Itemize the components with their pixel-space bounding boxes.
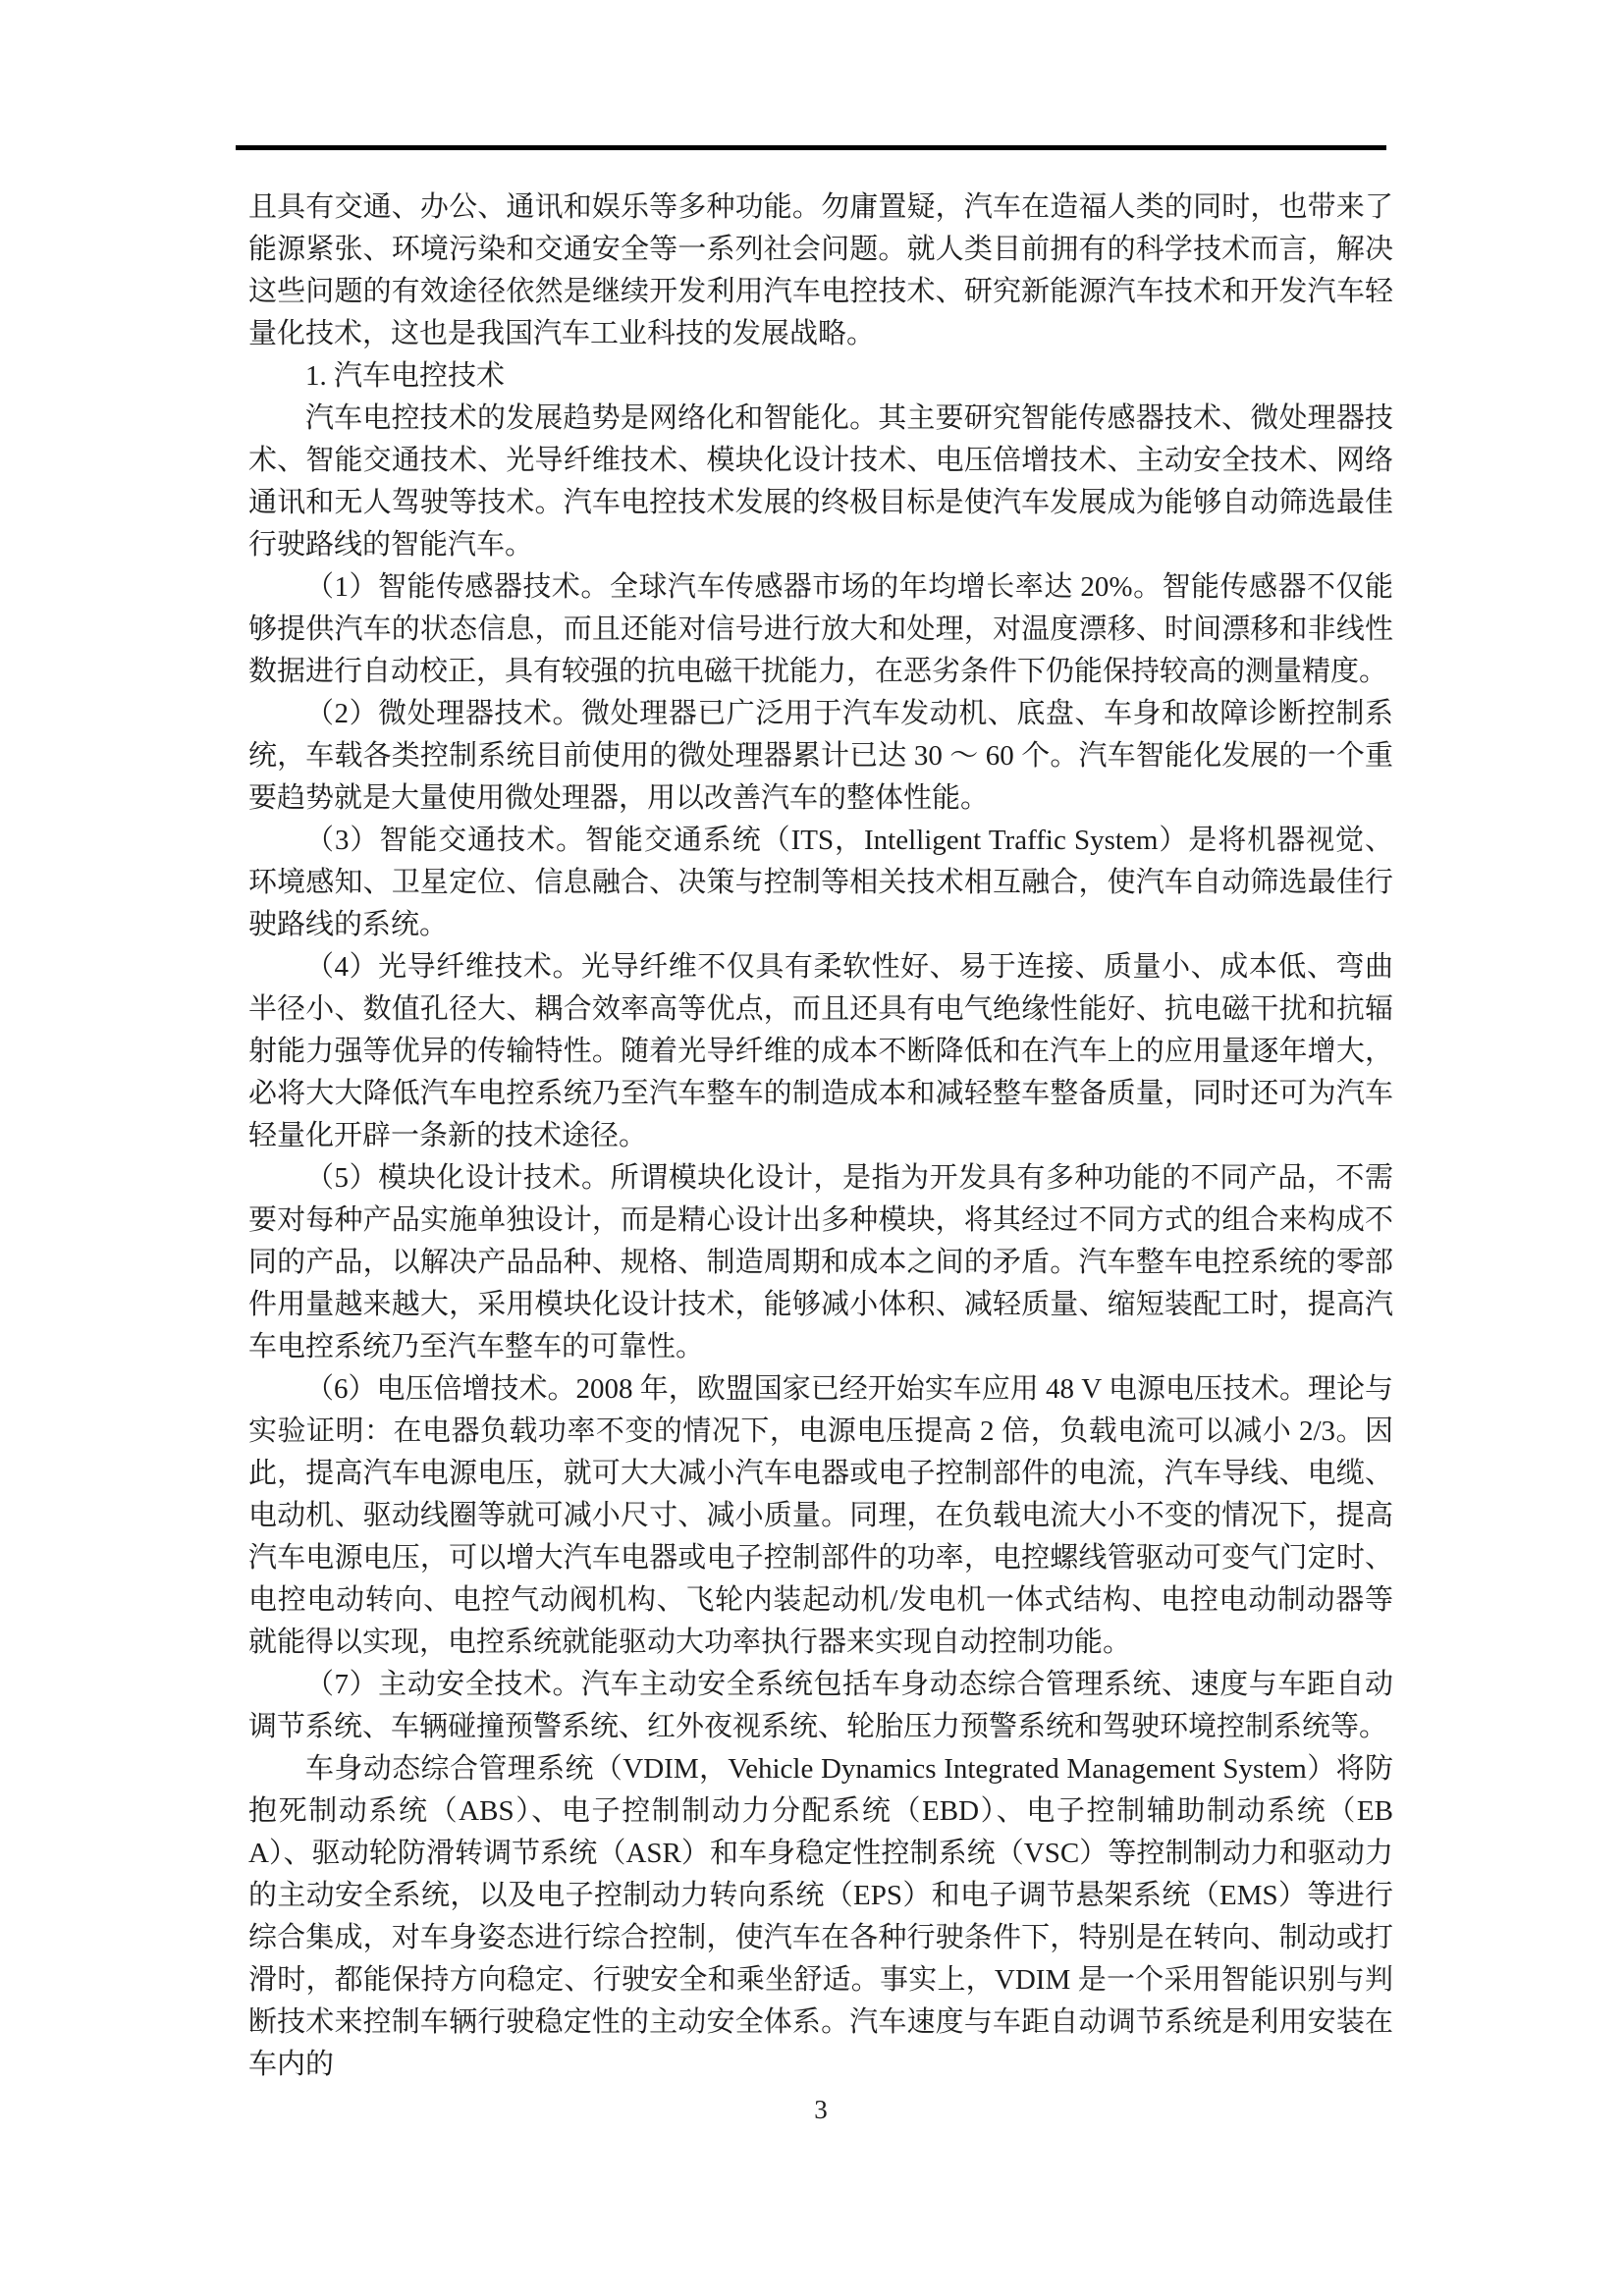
page-number: 3 (248, 2095, 1393, 2124)
para-vdim: 车身动态综合管理系统（VDIM，Vehicle Dynamics Integra… (248, 1748, 1393, 2086)
document-body: 且具有交通、办公、通讯和娱乐等多种功能。勿庸置疑，汽车在造福人类的同时，也带来了… (248, 187, 1393, 2086)
para-intro-continued: 且具有交通、办公、通讯和娱乐等多种功能。勿庸置疑，汽车在造福人类的同时，也带来了… (248, 187, 1393, 355)
para-item-5-modular-design: （5）模块化设计技术。所谓模块化设计，是指为开发具有多种功能的不同产品，不需要对… (248, 1157, 1393, 1368)
para-item-7-active-safety: （7）主动安全技术。汽车主动安全系统包括车身动态综合管理系统、速度与车距自动调节… (248, 1664, 1393, 1748)
document-page: 且具有交通、办公、通讯和娱乐等多种功能。勿庸置疑，汽车在造福人类的同时，也带来了… (0, 0, 1624, 2296)
header-rule (236, 145, 1386, 150)
para-item-2-microprocessor: （2）微处理器技术。微处理器已广泛用于汽车发动机、底盘、车身和故障诊断控制系统，… (248, 693, 1393, 820)
para-item-1-smart-sensor: （1）智能传感器技术。全球汽车传感器市场的年均增长率达 20%。智能传感器不仅能… (248, 566, 1393, 693)
para-item-6-voltage-boost: （6）电压倍增技术。2008 年，欧盟国家已经开始实车应用 48 V 电源电压技… (248, 1368, 1393, 1664)
para-item-3-intelligent-traffic: （3）智能交通技术。智能交通系统（ITS，Intelligent Traffic… (248, 820, 1393, 946)
para-overview: 汽车电控技术的发展趋势是网络化和智能化。其主要研究智能传感器技术、微处理器技术、… (248, 398, 1393, 566)
para-item-4-optical-fiber: （4）光导纤维技术。光导纤维不仅具有柔软性好、易于连接、质量小、成本低、弯曲半径… (248, 946, 1393, 1157)
section-heading-1: 1. 汽车电控技术 (248, 355, 1393, 398)
